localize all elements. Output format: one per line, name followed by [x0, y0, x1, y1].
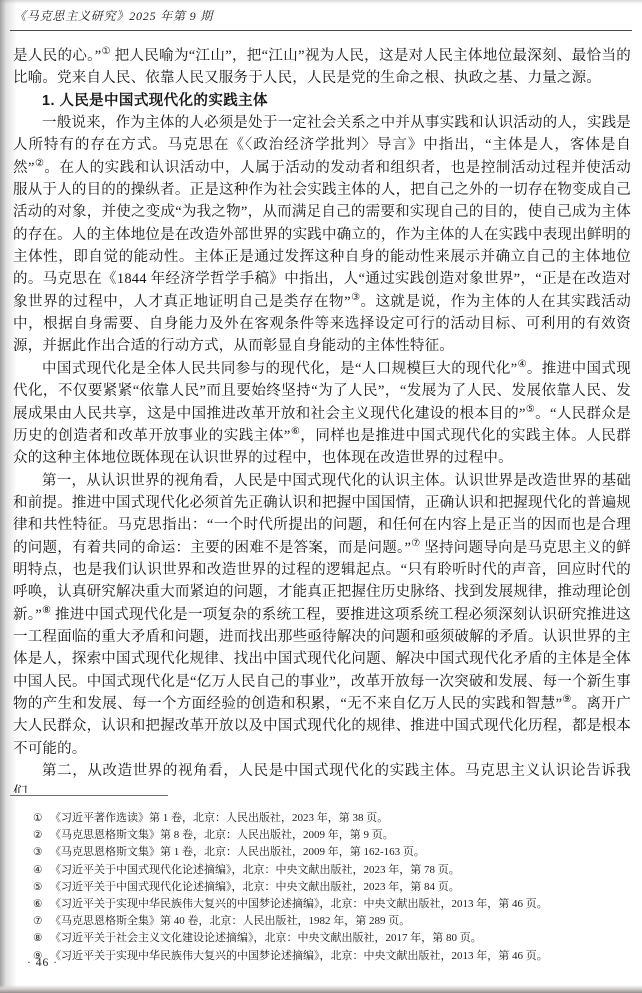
footnote-text: 《习近平著作选读》第 1 卷，北京：人民出版社，2023 年，第 38 页。 — [50, 810, 626, 826]
footnote-marker: ⑧ — [33, 931, 50, 947]
header-rule — [10, 30, 632, 31]
footnote-text: 《习近平关于实现中华民族伟大复兴的中国梦论述摘编》，北京：中央文献出版社，201… — [50, 948, 626, 964]
paragraph: 第一，从认识世界的视角看，人民是中国式现代化的认识主体。认识世界是改造世界的基础… — [13, 470, 631, 760]
footnote-separator — [10, 795, 168, 796]
paragraph: 中国式现代化是全体人民共同参与的现代化，是“人口规模巨大的现代化”④。推进中国式… — [13, 358, 631, 470]
footnote-text: 《马克思恩格斯文集》第 8 卷，北京：人民出版社，2009 年，第 9 页。 — [50, 827, 626, 843]
footnote-reference: ④ — [517, 359, 526, 370]
content: 是人民的心。”① 把人民喻为“江山”，把“江山”视为人民，这是对人民主体地位最深… — [13, 45, 631, 793]
running-head: 《马克思主义研究》2025 年第 9 期 — [14, 7, 213, 24]
page-number: · 46 · — [27, 957, 58, 969]
footnote-marker: ④ — [33, 863, 50, 879]
section-heading: 1. 人民是中国式现代化的实践主体 — [13, 90, 631, 112]
footnote-reference: ⑤ — [526, 404, 535, 415]
footnote-text: 《习近平关于实现中华民族伟大复兴的中国梦论述摘编》，北京：中央文献出版社，201… — [50, 896, 626, 912]
footnote: ②《马克思恩格斯文集》第 8 卷，北京：人民出版社，2009 年，第 9 页。 — [33, 827, 626, 844]
footnote-reference: ⑥ — [291, 426, 301, 437]
footnote-marker: ② — [33, 828, 50, 844]
footnote-text: 《马克思恩格斯文集》第 1 卷，北京：人民出版社，2009 年，第 162-16… — [50, 844, 626, 860]
footnote-reference: ③ — [351, 292, 361, 303]
footnote: ⑤《习近平关于中国式现代化论述摘编》，北京：中央文献出版社，2023 年，第 8… — [33, 879, 626, 896]
footnote-reference: ⑨ — [562, 694, 571, 705]
footnote: ⑥《习近平关于实现中华民族伟大复兴的中国梦论述摘编》，北京：中央文献出版社，20… — [33, 896, 626, 913]
footnote-reference: ② — [35, 158, 45, 169]
footnote-marker: ① — [33, 811, 50, 827]
footnote: ⑧《习近平关于社会主义文化建设论述摘编》，北京：中央文献出版社，2017 年，第… — [33, 930, 626, 947]
footnote-reference: ⑧ — [42, 605, 51, 616]
footnote: ⑨《习近平关于实现中华民族伟大复兴的中国梦论述摘编》，北京：中央文献出版社，20… — [33, 948, 626, 965]
footnote-text: 《习近平关于中国式现代化论述摘编》，北京：中央文献出版社，2023 年，第 84… — [50, 879, 626, 895]
footnote-marker: ⑥ — [33, 897, 50, 913]
journal-page: 《马克思主义研究》2025 年第 9 期 是人民的心。”① 把人民喻为“江山”，… — [0, 0, 642, 993]
footnote: ⑦《马克思恩格斯全集》第 40 卷，北京：人民出版社，1982 年，第 289 … — [33, 913, 626, 930]
footnote-reference: ⑦ — [411, 538, 420, 549]
paragraph: 一般说来，作为主体的人必须是处于一定社会关系之中并从事实践和认识活动的人，实践是… — [13, 112, 631, 358]
footnote-marker: ③ — [33, 845, 50, 861]
footnote-text: 《习近平关于中国式现代化论述摘编》，北京：中央文献出版社，2023 年，第 78… — [50, 862, 626, 878]
paragraph: 第二，从改造世界的视角看，人民是中国式现代化的实践主体。马克思主义认识论告诉我们… — [13, 760, 631, 793]
footnote-marker: ⑤ — [33, 880, 50, 896]
footnote-reference: ① — [101, 46, 110, 57]
footnote-text: 《马克思恩格斯全集》第 40 卷，北京：人民出版社，1982 年，第 289 页… — [50, 913, 626, 929]
footnote-text: 《习近平关于社会主义文化建设论述摘编》，北京：中央文献出版社，2017 年，第 … — [50, 930, 626, 946]
footnote: ④《习近平关于中国式现代化论述摘编》，北京：中央文献出版社，2023 年，第 7… — [33, 862, 626, 879]
footnote: ③《马克思恩格斯文集》第 1 卷，北京：人民出版社，2009 年，第 162-1… — [33, 844, 626, 861]
page-bottom-edge — [0, 985, 642, 993]
footnote-marker: ⑦ — [33, 914, 50, 930]
footnotes: ①《习近平著作选读》第 1 卷，北京：人民出版社，2023 年，第 38 页。②… — [33, 810, 626, 965]
paragraph: 是人民的心。”① 把人民喻为“江山”，把“江山”视为人民，这是对人民主体地位最深… — [13, 45, 631, 90]
footnote: ①《习近平著作选读》第 1 卷，北京：人民出版社，2023 年，第 38 页。 — [33, 810, 626, 827]
